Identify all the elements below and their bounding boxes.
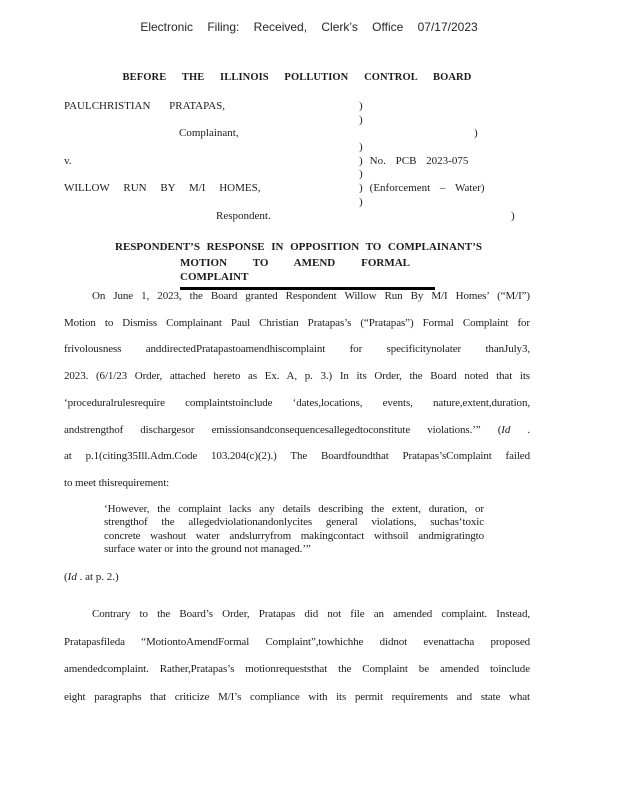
body-paragraph-2: Contrary to the Board’s Order, Pratapas …: [64, 601, 530, 711]
body-line: 2023. (6/1/23 Order, attached hereto as …: [64, 363, 530, 390]
complainant-name: PAULCHRISTIAN PRATAPAS,: [64, 100, 359, 114]
caption-bracket: ): [359, 168, 363, 182]
caption-bracket: ): [359, 114, 363, 128]
quote-line: strengthof the allegedviolationandonlyci…: [104, 516, 484, 529]
caption-bracket: ): [359, 196, 363, 210]
court-header: BEFORE THE ILLINOIS POLLUTION CONTROL BO…: [64, 72, 530, 83]
quote-line: surface water or into the ground not man…: [104, 543, 484, 556]
block-quote: ‘However, the complaint lacks any detail…: [104, 503, 484, 557]
caption-row: Respondent. ): [64, 210, 544, 224]
respondent-role: Respondent.: [64, 210, 511, 224]
body-line: Contrary to the Board’s Order, Pratapas …: [64, 601, 530, 629]
respondent-name: WILLOW RUN BY M/I HOMES,: [64, 182, 359, 196]
caption-row: v. )No. PCB 2023-075: [64, 155, 544, 169]
caption-bracket: ): [474, 127, 478, 141]
caption-left-blank: [64, 168, 359, 182]
caption-row: PAULCHRISTIAN PRATAPAS, ): [64, 100, 544, 114]
caption-bracket: ): [359, 182, 363, 196]
legal-document-page: Electronic Filing: Received, Clerk’s Off…: [0, 0, 618, 800]
case-type: (Enforcement – Water): [370, 182, 485, 196]
complainant-role: Complainant,: [64, 127, 474, 141]
body-line: Motion to Dismiss Complainant Paul Chris…: [64, 310, 530, 337]
caption-bracket: ): [359, 100, 363, 114]
caption-bracket: ): [359, 141, 363, 155]
document-title-line1: RESPONDENT’S RESPONSE IN OPPOSITION TO C…: [115, 240, 482, 255]
body-line: amendedcomplaint. Rather,Pratapas’s moti…: [64, 656, 530, 684]
versus: v.: [64, 155, 359, 169]
body-line: at p.1(citing35Ill.Adm.Code 103.204(c)(2…: [64, 443, 530, 470]
caption-bracket: ): [359, 155, 363, 169]
caption-row: ): [64, 196, 544, 210]
efiling-stamp: Electronic Filing: Received, Clerk’s Off…: [0, 20, 618, 34]
quote-line: ‘However, the complaint lacks any detail…: [104, 503, 484, 516]
body-line: andstrengthof dischargesor emissionsandc…: [64, 417, 530, 444]
caption-row: ): [64, 168, 544, 182]
body-line: to meet thisrequirement:: [64, 470, 530, 497]
case-caption: PAULCHRISTIAN PRATAPAS, ) ) Complainant,…: [64, 100, 544, 223]
caption-row: ): [64, 141, 544, 155]
caption-left-blank: [64, 141, 359, 155]
caption-bracket: ): [511, 210, 515, 224]
quote-line: concrete washout water andslurryfrom mak…: [104, 530, 484, 543]
body-paragraph-1: On June 1, 2023, the Board granted Respo…: [64, 283, 530, 497]
caption-row: WILLOW RUN BY M/I HOMES, )(Enforcement –…: [64, 182, 544, 196]
case-number: No. PCB 2023-075: [370, 155, 469, 169]
body-line: Pratapasfileda “MotiontoAmendFormal Comp…: [64, 629, 530, 657]
document-title-line2: MOTION TO AMEND FORMAL COMPLAINT: [180, 256, 410, 285]
caption-row: ): [64, 114, 544, 128]
caption-row: Complainant, ): [64, 127, 544, 141]
body-line: On June 1, 2023, the Board granted Respo…: [64, 283, 530, 310]
caption-left-blank: [64, 196, 359, 210]
caption-left-blank: [64, 114, 359, 128]
body-line: frivolousness anddirectedPratapastoamend…: [64, 336, 530, 363]
body-line: ‘proceduralrulesrequire complaintstoincl…: [64, 390, 530, 417]
citation-line: (Id . at p. 2.): [64, 571, 119, 583]
body-line: eight paragraphs that criticize M/I’s co…: [64, 684, 530, 712]
